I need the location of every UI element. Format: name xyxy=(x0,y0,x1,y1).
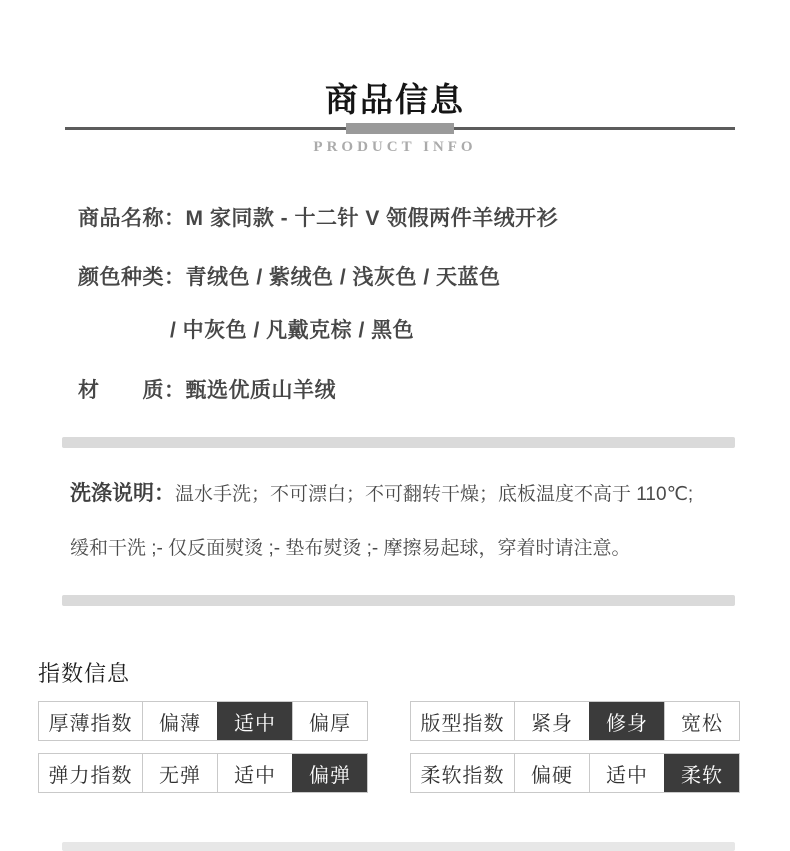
page-subtitle: PRODUCT INFO xyxy=(0,139,790,156)
washing-instructions-line2: 缓和干洗 ;- 仅反面熨烫 ;- 垫布熨烫 ;- 摩擦易起球，穿着时请注意。 xyxy=(70,533,730,560)
washing-instructions-line1: 洗涤说明：温水手洗；不可漂白；不可翻转干燥；底板温度不高于 110℃; xyxy=(70,477,730,507)
table-row-fit: 版型指数 紧身 修身 宽松 xyxy=(410,701,740,741)
index-tables: 厚薄指数 偏薄 适中 偏厚 弹力指数 无弹 适中 偏弹 版型指数 紧身 修身 宽… xyxy=(38,701,740,805)
header-rule-center-bar xyxy=(346,123,454,134)
option-cell: 偏硬 xyxy=(514,754,589,792)
spec-colors-line2: / 中灰色 / 凡戴克棕 / 黑色 xyxy=(170,314,414,344)
spec-material-label: 材 质： xyxy=(78,379,186,402)
option-cell: 偏薄 xyxy=(142,702,217,740)
spec-material-value: 甄选优质山羊绒 xyxy=(186,379,337,402)
option-cell-selected: 偏弹 xyxy=(292,754,367,792)
washing-text-line1: 温水手洗；不可漂白；不可翻转干燥；底板温度不高于 110℃; xyxy=(175,484,693,505)
spec-material: 材 质：甄选优质山羊绒 xyxy=(78,374,336,404)
page-title: 商品信息 xyxy=(0,74,790,121)
option-cell: 无弹 xyxy=(142,754,217,792)
table-row-softness: 柔软指数 偏硬 适中 柔软 xyxy=(410,753,740,793)
row-label-elasticity: 弹力指数 xyxy=(39,754,142,792)
spec-colors-value-line2: / 中灰色 / 凡戴克棕 / 黑色 xyxy=(170,319,414,342)
row-label-thickness: 厚薄指数 xyxy=(39,702,142,740)
spec-product-name-value: M 家同款 - 十二针 V 领假两件羊绒开衫 xyxy=(186,207,559,230)
option-cell: 偏厚 xyxy=(292,702,367,740)
section-divider-top xyxy=(62,437,735,448)
index-table-left: 厚薄指数 偏薄 适中 偏厚 弹力指数 无弹 适中 偏弹 xyxy=(38,701,368,805)
option-cell-selected: 柔软 xyxy=(664,754,739,792)
option-cell-selected: 修身 xyxy=(589,702,664,740)
spec-colors-line1: 颜色种类：青绒色 / 紫绒色 / 浅灰色 / 天蓝色 xyxy=(78,261,501,291)
option-cell: 适中 xyxy=(217,754,292,792)
section-divider-middle xyxy=(62,595,735,606)
table-row-thickness: 厚薄指数 偏薄 适中 偏厚 xyxy=(38,701,368,741)
option-cell: 紧身 xyxy=(514,702,589,740)
washing-text-line2: 缓和干洗 ;- 仅反面熨烫 ;- 垫布熨烫 ;- 摩擦易起球，穿着时请注意。 xyxy=(70,538,631,559)
header-rule xyxy=(65,123,735,134)
index-section-heading: 指数信息 xyxy=(38,657,130,688)
option-cell: 宽松 xyxy=(664,702,739,740)
product-info-page: 商品信息 PRODUCT INFO 商品名称：M 家同款 - 十二针 V 领假两… xyxy=(0,0,790,851)
row-label-fit: 版型指数 xyxy=(411,702,514,740)
row-label-softness: 柔软指数 xyxy=(411,754,514,792)
spec-product-name-label: 商品名称： xyxy=(78,207,186,230)
option-cell: 适中 xyxy=(589,754,664,792)
spec-product-name: 商品名称：M 家同款 - 十二针 V 领假两件羊绒开衫 xyxy=(78,202,558,232)
option-cell-selected: 适中 xyxy=(217,702,292,740)
table-row-elasticity: 弹力指数 无弹 适中 偏弹 xyxy=(38,753,368,793)
spec-colors-label: 颜色种类： xyxy=(78,266,186,289)
section-divider-bottom xyxy=(62,842,735,851)
index-table-right: 版型指数 紧身 修身 宽松 柔软指数 偏硬 适中 柔软 xyxy=(410,701,740,805)
washing-label: 洗涤说明： xyxy=(70,482,175,505)
spec-colors-value-line1: 青绒色 / 紫绒色 / 浅灰色 / 天蓝色 xyxy=(186,266,501,289)
